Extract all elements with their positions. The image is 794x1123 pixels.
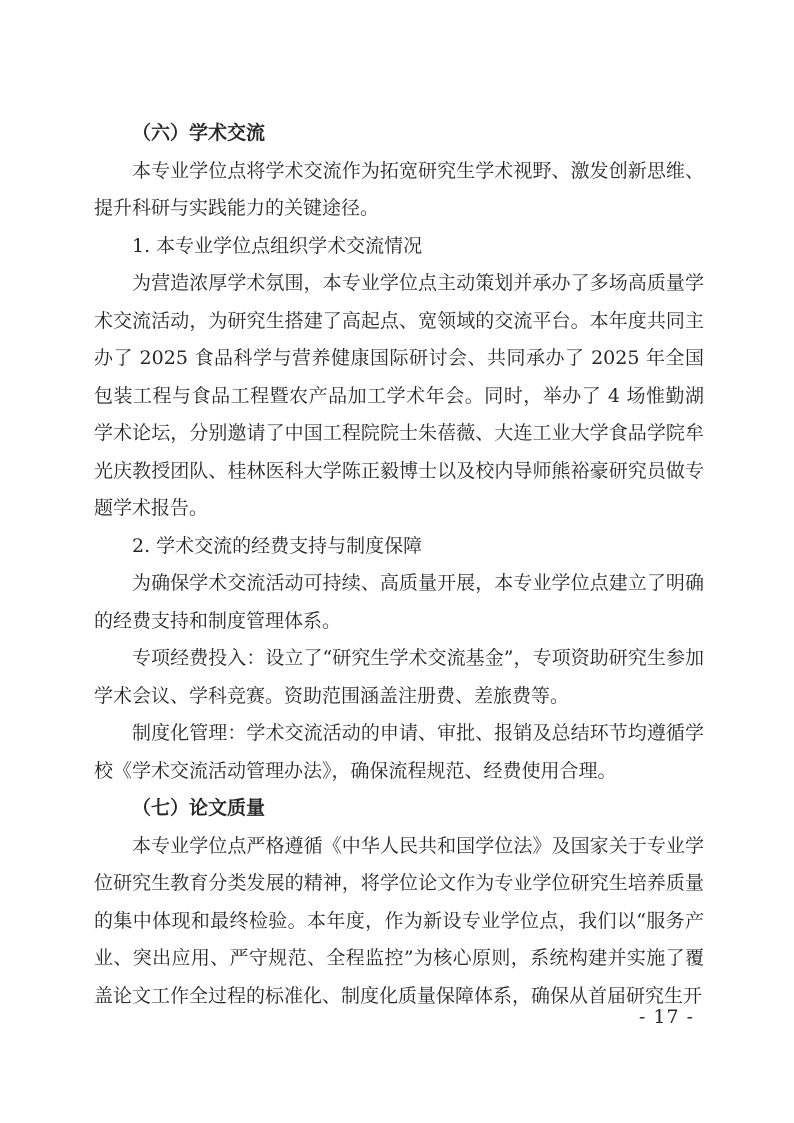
section-heading-thesis-quality: （七）论文质量 xyxy=(94,790,704,828)
document-text-block: （六）学术交流 本专业学位点将学术交流作为拓宽研究生学术视野、激发创新思维、提升… xyxy=(94,115,704,1015)
section-heading-academic-exchange: （六）学术交流 xyxy=(94,115,704,153)
document-page: （六）学术交流 本专业学位点将学术交流作为拓宽研究生学术视野、激发创新思维、提升… xyxy=(0,0,794,1123)
paragraph-exchange-activities-detail: 为营造浓厚学术氛围，本专业学位点主动策划并承办了多场高质量学术交流活动，为研究生… xyxy=(94,265,704,528)
subheading-exchange-activities: 1. 本专业学位点组织学术交流情况 xyxy=(94,228,704,266)
paragraph-special-funding: 专项经费投入：设立了“研究生学术交流基金”，专项资助研究生参加学术会议、学科竞赛… xyxy=(94,640,704,715)
paragraph-thesis-quality-intro: 本专业学位点严格遵循《中华人民共和国学位法》及国家关于专业学位研究生教育分类发展… xyxy=(94,828,704,1016)
page-number: - 17 - xyxy=(639,1004,694,1030)
subheading-funding-and-policy: 2. 学术交流的经费支持与制度保障 xyxy=(94,528,704,566)
paragraph-funding-intro: 为确保学术交流活动可持续、高质量开展，本专业学位点建立了明确的经费支持和制度管理… xyxy=(94,565,704,640)
paragraph-institutional-management: 制度化管理：学术交流活动的申请、审批、报销及总结环节均遵循学校《学术交流活动管理… xyxy=(94,715,704,790)
paragraph-academic-exchange-intro: 本专业学位点将学术交流作为拓宽研究生学术视野、激发创新思维、提升科研与实践能力的… xyxy=(94,153,704,228)
